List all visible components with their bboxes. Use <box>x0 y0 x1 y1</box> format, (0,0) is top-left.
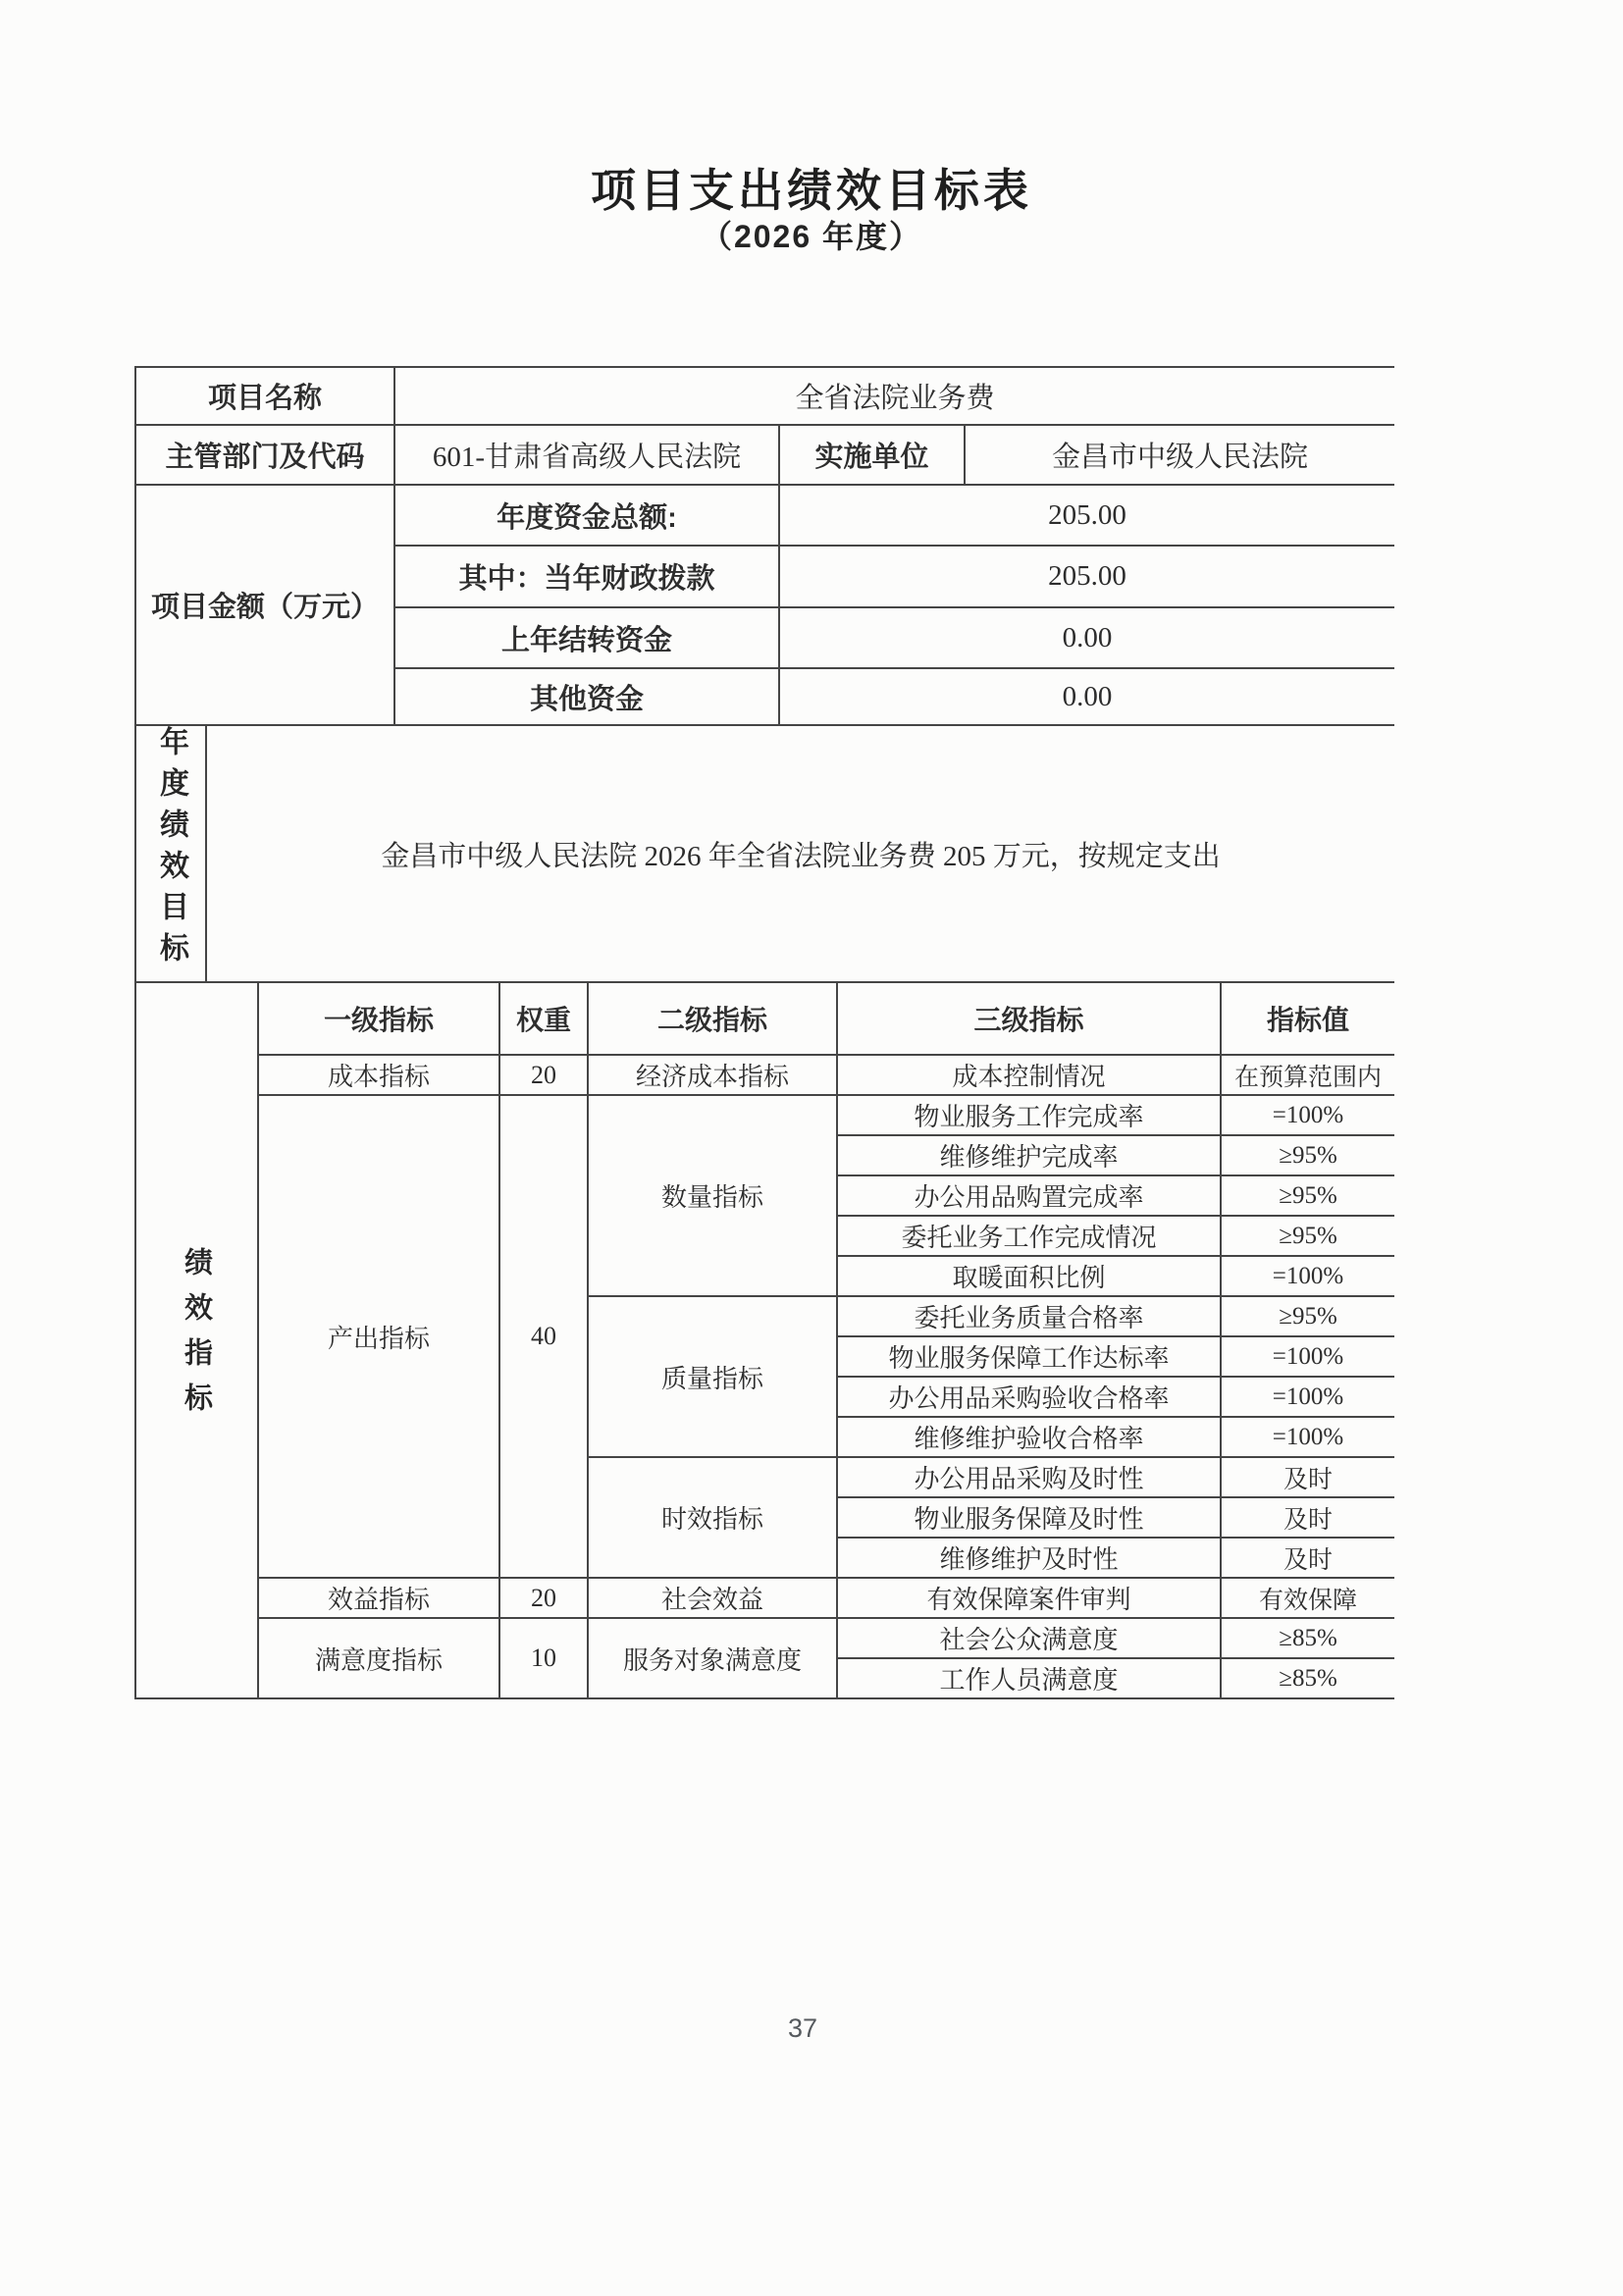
annual-goal-content: 金昌市中级人民法院 2026 年全省法院业务费 205 万元，按规定支出 <box>206 725 1394 982</box>
annual-goal-table: 年度绩效目标 金昌市中级人民法院 2026 年全省法院业务费 205 万元，按规… <box>134 724 1394 983</box>
amount-row-label: 其中：当年财政拨款 <box>394 546 779 607</box>
indicator-l3: 物业服务保障及时性 <box>837 1497 1221 1538</box>
header-weight: 权重 <box>499 982 588 1055</box>
dept-value: 601-甘肃省高级人民法院 <box>394 425 779 485</box>
indicator-value: =100% <box>1221 1095 1394 1135</box>
indicator-l3: 办公用品采购验收合格率 <box>837 1377 1221 1417</box>
indicator-l3: 物业服务保障工作达标率 <box>837 1336 1221 1377</box>
indicator-weight: 10 <box>499 1618 588 1698</box>
indicator-l3: 委托业务工作完成情况 <box>837 1216 1221 1256</box>
page-subtitle: （2026 年度） <box>0 212 1623 257</box>
indicator-value: ≥85% <box>1221 1618 1394 1658</box>
indicator-l3: 办公用品购置完成率 <box>837 1175 1221 1216</box>
impl-unit-label: 实施单位 <box>779 425 965 485</box>
indicator-weight: 20 <box>499 1578 588 1618</box>
indicator-l2: 经济成本指标 <box>588 1055 837 1095</box>
indicator-l2: 时效指标 <box>588 1457 837 1578</box>
annual-goal-label: 年度绩效目标 <box>135 725 206 982</box>
indicators-label: 绩效指标 <box>135 982 258 1698</box>
indicator-l2: 数量指标 <box>588 1095 837 1296</box>
indicator-l1: 效益指标 <box>258 1578 499 1618</box>
indicator-value: =100% <box>1221 1417 1394 1457</box>
indicator-value: =100% <box>1221 1256 1394 1296</box>
indicator-l1: 成本指标 <box>258 1055 499 1095</box>
indicators-table: 绩效指标 一级指标 权重 二级指标 三级指标 指标值 成本指标 20 经济成本指… <box>134 981 1394 1699</box>
indicator-l2: 服务对象满意度 <box>588 1618 837 1698</box>
amount-row-value: 205.00 <box>779 485 1394 546</box>
indicator-l2: 社会效益 <box>588 1578 837 1618</box>
header-l3: 三级指标 <box>837 982 1221 1055</box>
document-page: 项目支出绩效目标表 （2026 年度） 项目名称 全省法院业务费 主管部门及代码… <box>0 0 1623 2296</box>
indicator-value: 有效保障 <box>1221 1578 1394 1618</box>
indicator-weight: 20 <box>499 1055 588 1095</box>
page-number: 37 <box>754 2013 852 2044</box>
indicator-value: 及时 <box>1221 1538 1394 1578</box>
indicator-l3: 成本控制情况 <box>837 1055 1221 1095</box>
indicator-l3: 社会公众满意度 <box>837 1618 1221 1658</box>
indicator-l3: 物业服务工作完成率 <box>837 1095 1221 1135</box>
amount-row-value: 0.00 <box>779 668 1394 725</box>
indicator-value: =100% <box>1221 1336 1394 1377</box>
amount-row-value: 0.00 <box>779 607 1394 668</box>
indicator-l2: 质量指标 <box>588 1296 837 1457</box>
header-l1: 一级指标 <box>258 982 499 1055</box>
indicator-value: 及时 <box>1221 1457 1394 1497</box>
amount-label: 项目金额（万元） <box>135 485 394 725</box>
indicator-l3: 维修维护及时性 <box>837 1538 1221 1578</box>
amount-row-label: 其他资金 <box>394 668 779 725</box>
indicator-l3: 维修维护完成率 <box>837 1135 1221 1175</box>
indicator-l3: 委托业务质量合格率 <box>837 1296 1221 1336</box>
indicator-weight: 40 <box>499 1095 588 1578</box>
indicator-value: ≥95% <box>1221 1296 1394 1336</box>
indicator-value: 在预算范围内 <box>1221 1055 1394 1095</box>
amount-row-label: 上年结转资金 <box>394 607 779 668</box>
impl-unit-value: 金昌市中级人民法院 <box>965 425 1394 485</box>
indicator-l3: 办公用品采购及时性 <box>837 1457 1221 1497</box>
indicator-value: ≥85% <box>1221 1658 1394 1698</box>
page-title: 项目支出绩效目标表 <box>0 155 1623 220</box>
indicator-l1: 产出指标 <box>258 1095 499 1578</box>
amount-row-label: 年度资金总额: <box>394 485 779 546</box>
header-l2: 二级指标 <box>588 982 837 1055</box>
dept-label: 主管部门及代码 <box>135 425 394 485</box>
indicator-l3: 工作人员满意度 <box>837 1658 1221 1698</box>
indicator-l3: 有效保障案件审判 <box>837 1578 1221 1618</box>
indicator-l3: 维修维护验收合格率 <box>837 1417 1221 1457</box>
indicator-value: 及时 <box>1221 1497 1394 1538</box>
amount-row-value: 205.00 <box>779 546 1394 607</box>
project-name-label: 项目名称 <box>135 367 394 425</box>
header-value: 指标值 <box>1221 982 1394 1055</box>
project-name-value: 全省法院业务费 <box>394 367 1394 425</box>
indicator-value: =100% <box>1221 1377 1394 1417</box>
indicator-l3: 取暖面积比例 <box>837 1256 1221 1296</box>
indicator-l1: 满意度指标 <box>258 1618 499 1698</box>
indicator-value: ≥95% <box>1221 1135 1394 1175</box>
indicator-value: ≥95% <box>1221 1216 1394 1256</box>
indicator-value: ≥95% <box>1221 1175 1394 1216</box>
project-info-table: 项目名称 全省法院业务费 主管部门及代码 601-甘肃省高级人民法院 实施单位 … <box>134 366 1394 726</box>
